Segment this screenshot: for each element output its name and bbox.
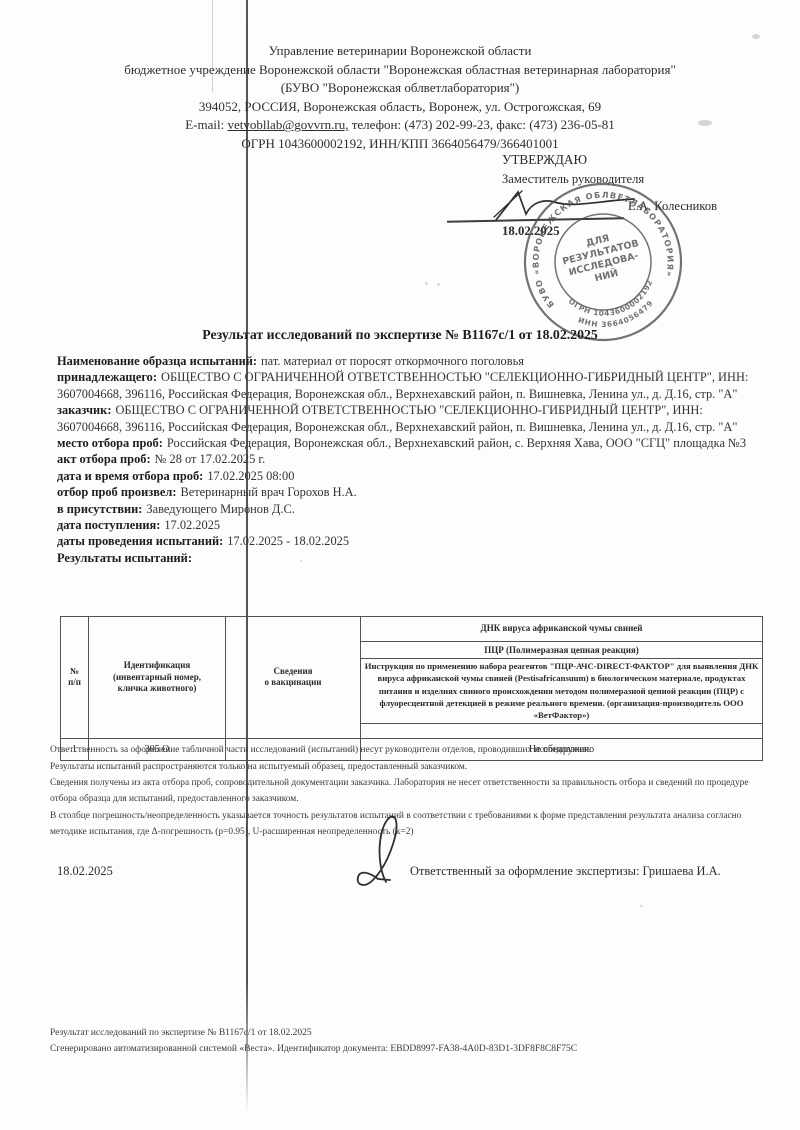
- field-label: акт отбора проб:: [57, 452, 151, 466]
- field-owner: принадлежащего:ОБЩЕСТВО С ОГРАНИЧЕННОЙ О…: [57, 369, 764, 402]
- field-label: Результаты испытаний:: [57, 551, 192, 565]
- signoff-date: 18.02.2025: [57, 864, 113, 879]
- footer-generated-note: Сгенерировано автоматизированной системо…: [50, 1042, 577, 1058]
- field-sample-name: Наименование образца испытаний:пат. мате…: [57, 353, 764, 369]
- field-label: место отбора проб:: [57, 436, 163, 450]
- field-value: № 28 от 17.02.2025 г.: [155, 452, 266, 466]
- document-footer: Результат исследований по экспертизе № В…: [50, 1026, 577, 1057]
- field-testing-dates: даты проведения испытаний:17.02.2025 - 1…: [57, 533, 764, 549]
- footer-report-ref: Результат исследований по экспертизе № В…: [50, 1026, 577, 1042]
- org-name: бюджетное учреждение Воронежской области…: [0, 61, 800, 80]
- table-header-method-instruction: Инструкция по применению набора реагенто…: [361, 659, 763, 724]
- org-department: Управление ветеринарии Воронежской облас…: [0, 42, 800, 61]
- sample-info-section: Наименование образца испытаний:пат. мате…: [57, 353, 764, 566]
- scan-speck: [437, 283, 440, 286]
- field-customer: заказчик:ОБЩЕСТВО С ОГРАНИЧЕННОЙ ОТВЕТСТ…: [57, 402, 764, 435]
- org-address: 394052, РОССИЯ, Воронежская область, Вор…: [0, 98, 800, 117]
- responsible-signature-mark: [352, 810, 410, 896]
- field-results-heading: Результаты испытаний:: [57, 550, 764, 566]
- note-sampling-liability: Сведения получены из акта отбора проб, с…: [50, 776, 764, 807]
- field-label: отбор проб произвел:: [57, 485, 176, 499]
- field-value: 17.02.2025 08:00: [207, 469, 294, 483]
- scanned-document-page: { "doc": { "header": { "line1": "Управле…: [0, 0, 800, 1130]
- field-value: 17.02.2025 - 18.02.2025: [227, 534, 349, 548]
- field-value: ОБЩЕСТВО С ОГРАНИЧЕННОЙ ОТВЕТСТВЕННОСТЬЮ…: [57, 370, 748, 400]
- field-received-date: дата поступления:17.02.2025: [57, 517, 764, 533]
- note-scope: Результаты испытаний распространяются то…: [50, 760, 764, 776]
- table-header-test-target: ДНК вируса африканской чумы свиней: [361, 617, 763, 642]
- field-in-presence-of: в присутствии:Заведующего Миронов Д.С.: [57, 501, 764, 517]
- field-sampling-datetime: дата и время отбора проб:17.02.2025 08:0…: [57, 468, 764, 484]
- field-sampled-by: отбор проб произвел:Ветеринарный врач Го…: [57, 484, 764, 500]
- responsible-person: Ответственный за оформление экспертизы: …: [410, 864, 721, 879]
- field-label: принадлежащего:: [57, 370, 157, 384]
- field-label: заказчик:: [57, 403, 111, 417]
- table-header-vaccination: Сведения о вакцинации: [226, 617, 361, 739]
- org-ogrn-inn: ОГРН 1043600002192, ИНН/КПП 3664056479/3…: [0, 135, 800, 154]
- field-label: дата и время отбора проб:: [57, 469, 203, 483]
- results-table: № п/п Идентификация (инвентарный номер, …: [60, 616, 763, 761]
- field-label: дата поступления:: [57, 518, 160, 532]
- org-email: vetvobllab@govvrn.ru,: [227, 117, 348, 132]
- field-value: ОБЩЕСТВО С ОГРАНИЧЕННОЙ ОТВЕТСТВЕННОСТЬЮ…: [57, 403, 737, 433]
- field-label: Наименование образца испытаний:: [57, 354, 257, 368]
- field-sampling-place: место отбора проб:Российская Федерация, …: [57, 435, 764, 451]
- note-responsibility: Ответственность за оформление табличной …: [50, 743, 764, 759]
- scan-speck: [425, 282, 428, 285]
- table-header-test-method: ПЦР (Полимеразная цепная реакция): [361, 642, 763, 659]
- org-letterhead: Управление ветеринарии Воронежской облас…: [0, 42, 800, 154]
- field-label: даты проведения испытаний:: [57, 534, 223, 548]
- field-value: пат. материал от поросят откормочного по…: [261, 354, 524, 368]
- table-header-identification: Идентификация (инвентарный номер, кличка…: [89, 617, 226, 739]
- field-value: Ветеринарный врач Горохов Н.А.: [180, 485, 356, 499]
- table-header-num: № п/п: [61, 617, 89, 739]
- org-contacts-line: E-mail: vetvobllab@govvrn.ru, телефон: (…: [0, 116, 800, 135]
- scan-speck: [640, 905, 643, 907]
- field-label: в присутствии:: [57, 502, 142, 516]
- field-value: Заведующего Миронов Д.С.: [146, 502, 294, 516]
- org-phone-fax: телефон: (473) 202-99-23, факс: (473) 23…: [352, 117, 615, 132]
- org-short-name: (БУВО "Воронежская облветлаборатория"): [0, 79, 800, 98]
- table-header-empty-cell: [361, 723, 763, 738]
- scan-speck: [752, 34, 760, 39]
- field-value: 17.02.2025: [164, 518, 220, 532]
- field-sampling-act: акт отбора проб:№ 28 от 17.02.2025 г.: [57, 451, 764, 467]
- report-title: Результат исследований по экспертизе № В…: [0, 327, 800, 343]
- field-value: Российская Федерация, Воронежская обл., …: [167, 436, 746, 450]
- email-label: E-mail:: [185, 117, 224, 132]
